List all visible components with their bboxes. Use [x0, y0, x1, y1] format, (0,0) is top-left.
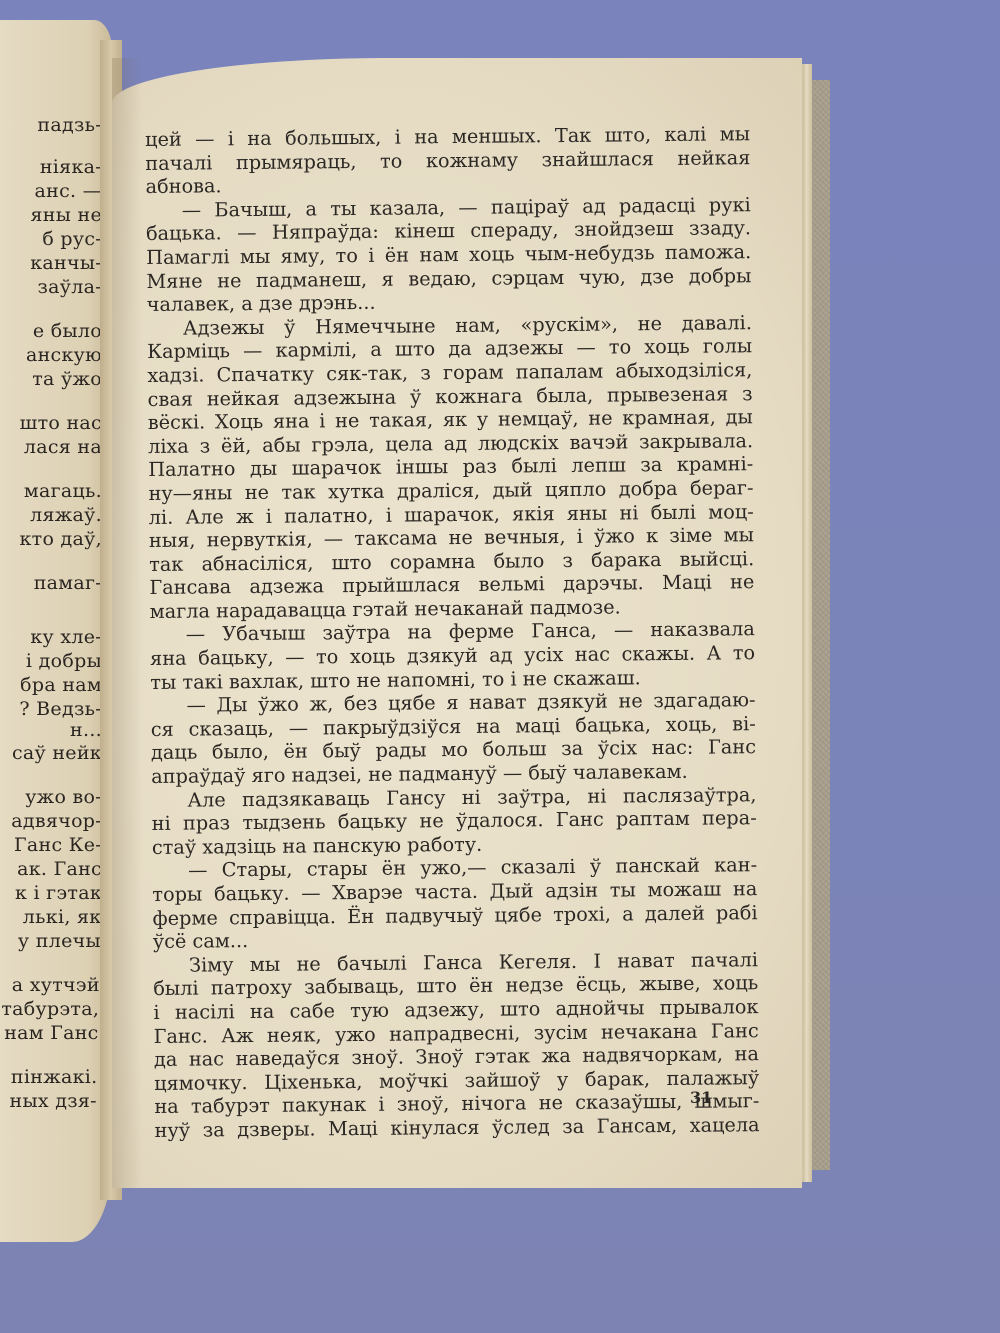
left-page-fragment: ? Ведзь- — [19, 698, 102, 720]
left-page-fragment: ніяка- — [40, 156, 102, 178]
left-page-fragment: пінжакі. — [11, 1066, 98, 1088]
left-page-fragment: бра нам — [20, 674, 102, 696]
left-page-fragment: а хутчэй — [12, 974, 100, 996]
left-page-fragment: ку хле- — [30, 626, 102, 648]
left-page-text: падзь-ніяка-анс. —яны неб рус-канчы-заўл… — [0, 0, 104, 1333]
left-page-fragment: та ўжо — [32, 368, 102, 390]
left-page-fragment: е было — [33, 320, 102, 342]
left-page-fragment: ак. Ганс — [17, 858, 102, 880]
left-page-fragment: і добры — [26, 650, 102, 672]
left-page-fragment: табурэта, — [1, 998, 99, 1020]
left-page-fragment: яны не — [30, 204, 102, 226]
left-page-fragment: памаг- — [34, 572, 102, 594]
left-page-fragment: Ганс Ке- — [14, 834, 102, 856]
left-page-fragment: у плечы — [18, 930, 101, 952]
left-page-fragment: лася на — [24, 436, 102, 458]
left-page-fragment: адвячор- — [11, 810, 102, 832]
left-page-fragment: канчы- — [30, 252, 102, 274]
left-page-fragment: ных дзя- — [9, 1090, 96, 1112]
left-page-fragment: б рус- — [42, 228, 102, 250]
right-page-text: цей — і на большых, і на меншых. Так што… — [145, 122, 760, 1142]
page-number: 31 — [690, 1088, 712, 1107]
left-page-fragment: лькі, як — [23, 906, 102, 928]
left-page-fragment: к і гэтак — [15, 882, 102, 904]
left-page-fragment: заўла- — [38, 276, 103, 298]
left-page-fragment: нам Ганс — [4, 1022, 98, 1044]
left-page-fragment: магаць. — [24, 480, 102, 502]
left-page-fragment: ляжаў. — [30, 504, 102, 526]
left-page-fragment: саў нейк — [12, 742, 102, 764]
left-page-fragment: што нас — [20, 412, 102, 434]
left-page-fragment: анс. — — [34, 180, 102, 202]
left-page-fragment: кто даў, — [19, 528, 102, 550]
left-page-fragment: падзь- — [37, 114, 102, 136]
left-page-fragment: анскую — [26, 344, 102, 366]
left-page-fragment: н... — [70, 719, 102, 741]
left-page-fragment: ужо во- — [25, 786, 102, 808]
